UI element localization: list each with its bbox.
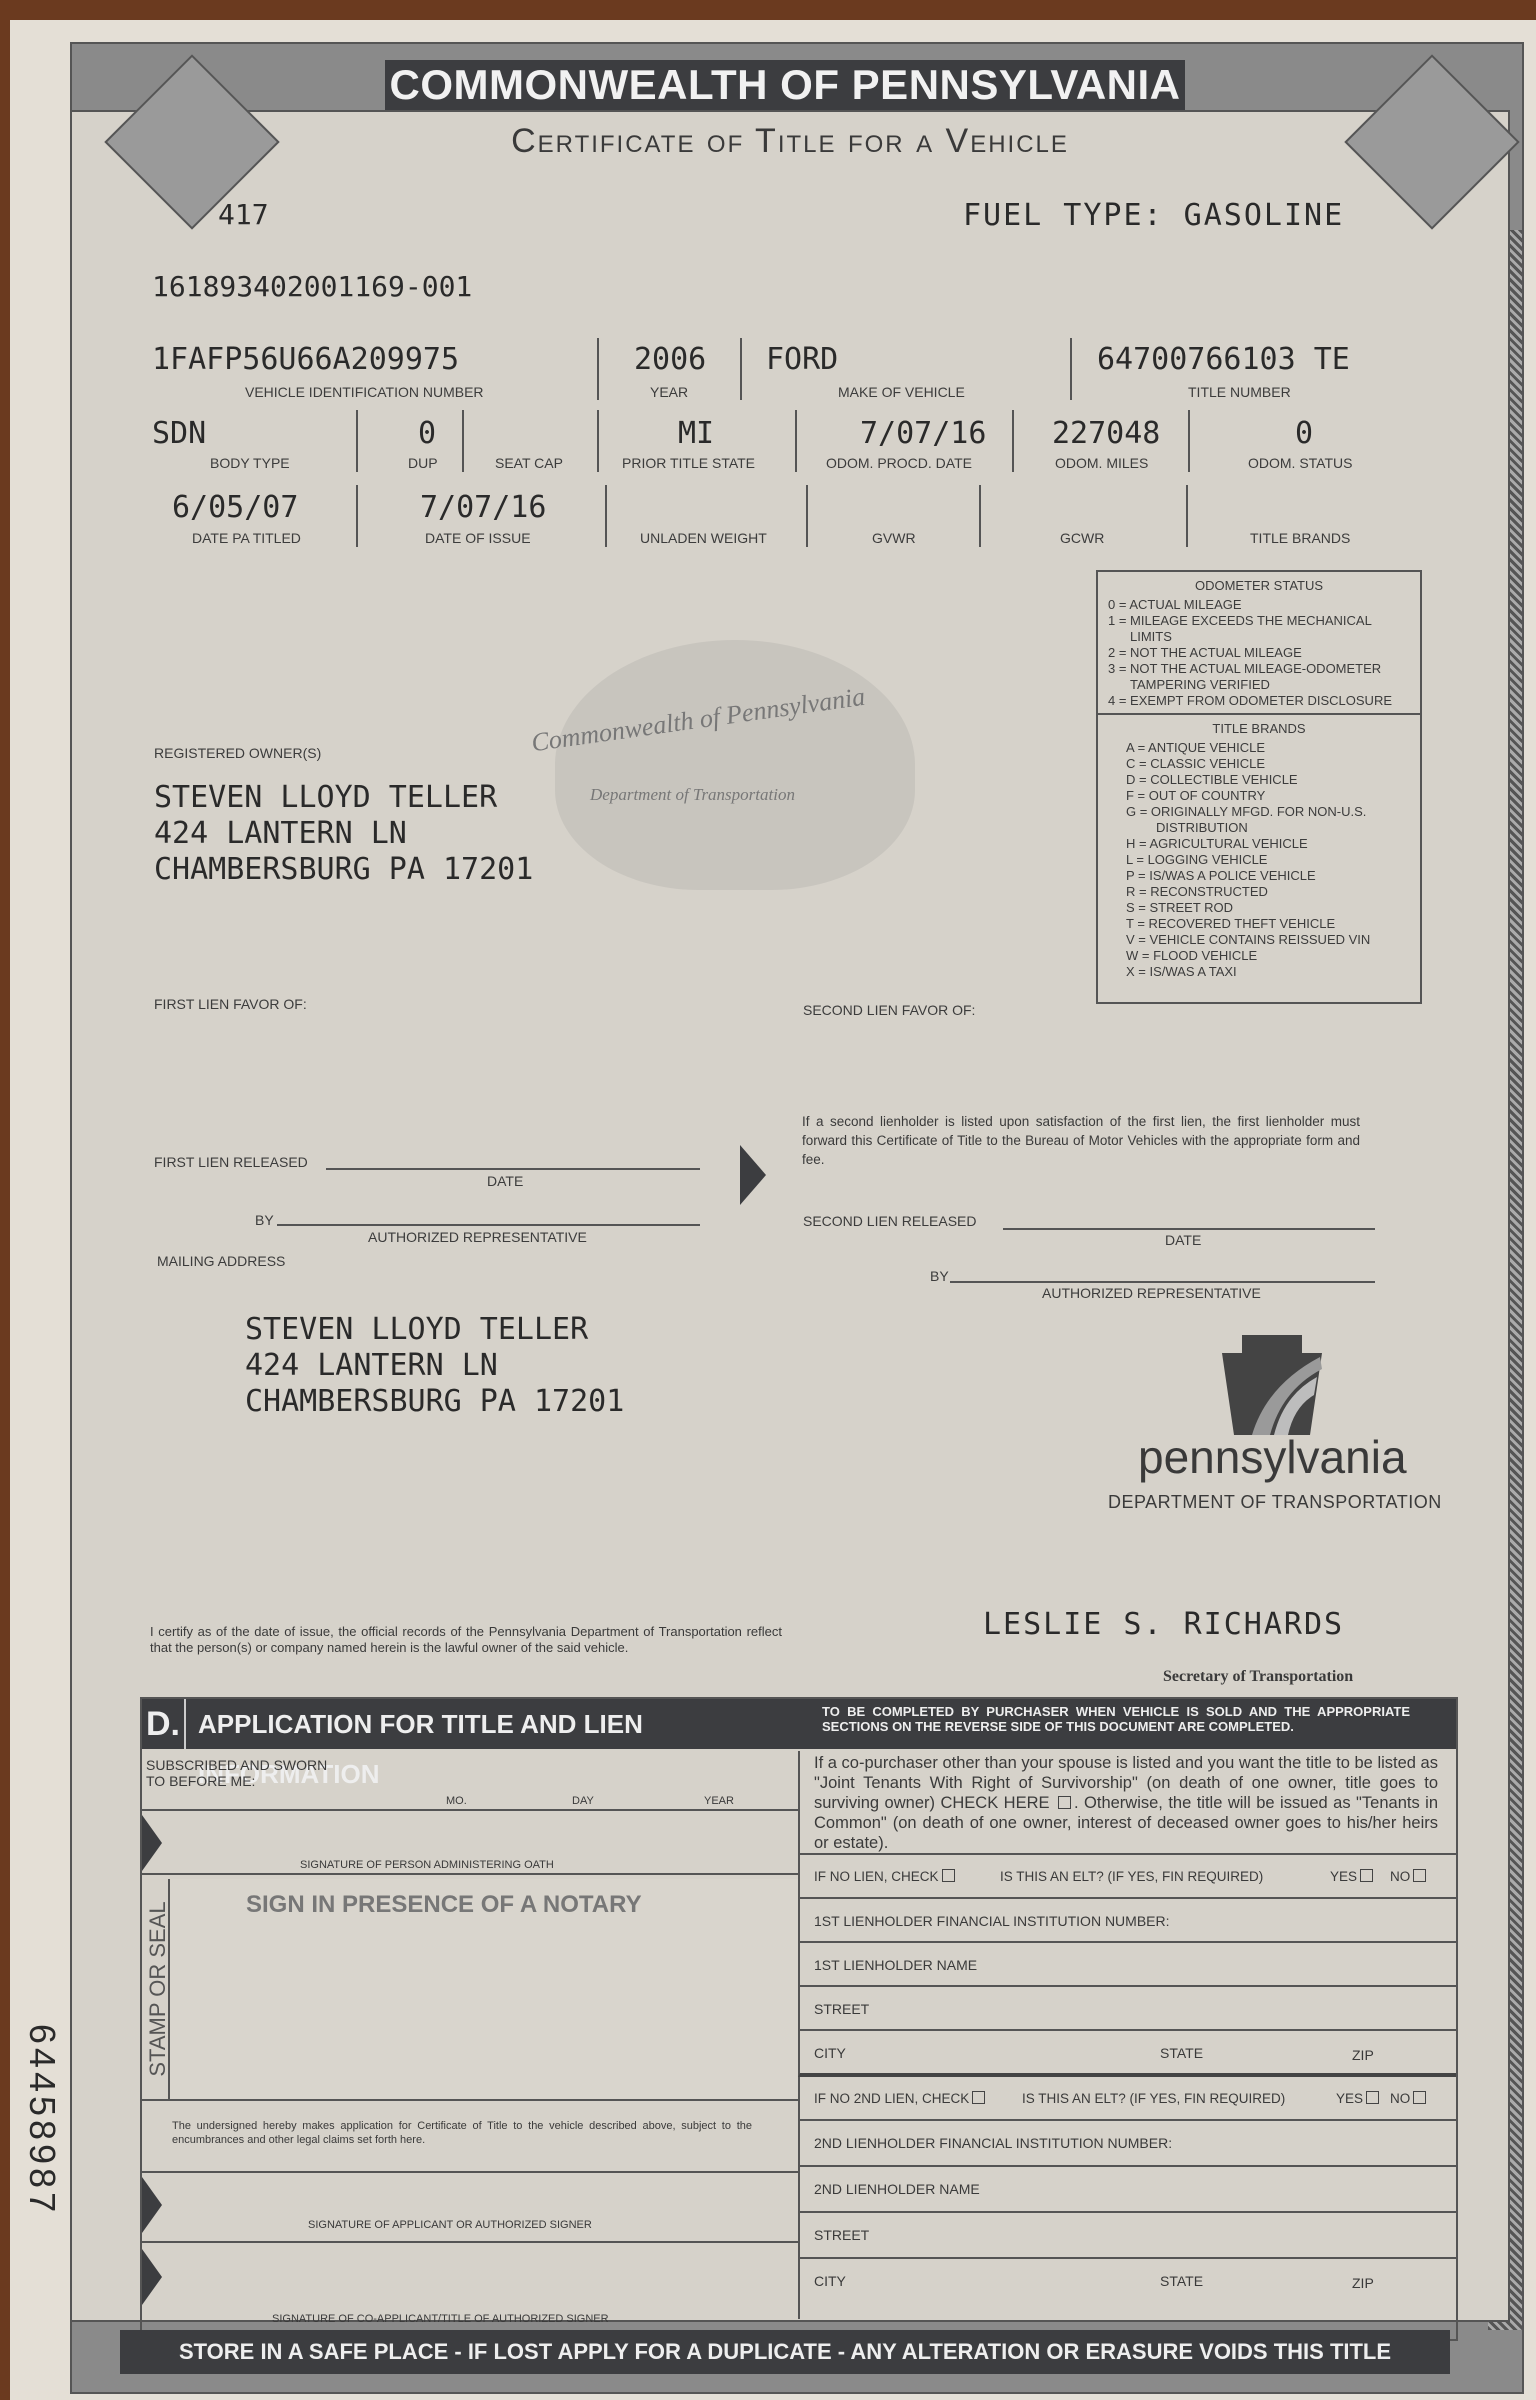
section-d-header: D. APPLICATION FOR TITLE AND LIEN INFORM… bbox=[142, 1699, 798, 1749]
legend-item: S = STREET ROD bbox=[1098, 900, 1420, 916]
sign-here-arrow-icon bbox=[142, 2177, 162, 2233]
form-code: 417 bbox=[218, 198, 269, 231]
owner-city: CHAMBERSBURG PA 17201 bbox=[154, 852, 533, 888]
make-label: MAKE OF VEHICLE bbox=[838, 384, 965, 400]
year-label: YEAR bbox=[650, 384, 688, 400]
odom-procd-date-label: ODOM. PROCD. DATE bbox=[826, 455, 972, 471]
vin-value: 1FAFP56U66A209975 bbox=[152, 342, 459, 377]
lien1-city-state-zip-field[interactable]: CITY STATE ZIP bbox=[798, 2031, 1456, 2077]
first-lien-auth-rep-label: AUTHORIZED REPRESENTATIVE bbox=[368, 1229, 587, 1245]
make-value: FORD bbox=[766, 342, 838, 377]
date-of-issue-label: DATE OF ISSUE bbox=[425, 530, 531, 546]
certification-text: I certify as of the date of issue, the o… bbox=[150, 1624, 782, 1656]
vin-label: VEHICLE IDENTIFICATION NUMBER bbox=[245, 384, 484, 400]
first-lien-by-label: BY bbox=[255, 1212, 274, 1228]
mailing-address-label: MAILING ADDRESS bbox=[157, 1253, 285, 1269]
no-lien-checkbox[interactable] bbox=[942, 1869, 955, 1882]
year-label: YEAR bbox=[704, 1795, 734, 1807]
mailing-name: STEVEN LLOYD TELLER bbox=[245, 1312, 624, 1348]
mailing-street: 424 LANTERN LN bbox=[245, 1348, 624, 1384]
elt-yes-checkbox[interactable] bbox=[1360, 1869, 1373, 1882]
state-label: STATE bbox=[1160, 2273, 1203, 2289]
lien1-elt-row: IF NO LIEN, CHECK IS THIS AN ELT? (IF YE… bbox=[798, 1855, 1456, 1899]
second-lien-date-label: DATE bbox=[1165, 1232, 1201, 1248]
legend-item: TAMPERING VERIFIED bbox=[1098, 677, 1420, 693]
first-lien-by-line[interactable] bbox=[277, 1224, 700, 1226]
sworn-label: SUBSCRIBED AND SWORN TO BEFORE ME: bbox=[146, 1757, 346, 1789]
odom-procd-date-value: 7/07/16 bbox=[860, 416, 986, 451]
section-d-application: D. APPLICATION FOR TITLE AND LIEN INFORM… bbox=[140, 1697, 1458, 2341]
title-number-value: 64700766103 TE bbox=[1097, 342, 1350, 377]
zip-label: ZIP bbox=[1352, 2275, 1374, 2291]
odom-miles-value: 227048 bbox=[1052, 416, 1160, 451]
no-label: NO bbox=[1390, 2091, 1410, 2106]
lien2-fin-field[interactable]: 2ND LIENHOLDER FINANCIAL INSTITUTION NUM… bbox=[798, 2121, 1456, 2167]
dup-value: 0 bbox=[418, 416, 436, 451]
legend-item: X = IS/WAS A TAXI bbox=[1098, 964, 1420, 980]
applicant-signature-field[interactable]: SIGNATURE OF APPLICANT OR AUTHORIZED SIG… bbox=[142, 2171, 798, 2243]
seat-cap-label: SEAT CAP bbox=[495, 455, 563, 471]
serial-number: 64458987 bbox=[12, 1990, 72, 2250]
oath-signature-label: SIGNATURE OF PERSON ADMINISTERING OATH bbox=[300, 1859, 554, 1871]
second-lien-auth-rep-label: AUTHORIZED REPRESENTATIVE bbox=[1042, 1285, 1261, 1301]
no-lien-label: IF NO LIEN, CHECK bbox=[814, 1869, 939, 1884]
date-pa-titled-label: DATE PA TITLED bbox=[192, 530, 301, 546]
elt-no-checkbox[interactable] bbox=[1413, 1869, 1426, 1882]
second-lien-favor-label: SECOND LIEN FAVOR OF: bbox=[803, 1002, 975, 1018]
legend-item: F = OUT OF COUNTRY bbox=[1098, 788, 1420, 804]
dup-label: DUP bbox=[408, 455, 438, 471]
joint-tenants-row: If a co-purchaser other than your spouse… bbox=[798, 1751, 1456, 1855]
legend-item: P = IS/WAS A POLICE VEHICLE bbox=[1098, 868, 1420, 884]
stamp-or-seal-label: STAMP OR SEAL bbox=[146, 1879, 170, 2099]
lien1-street-field[interactable]: STREET bbox=[798, 1987, 1456, 2031]
mailing-city: CHAMBERSBURG PA 17201 bbox=[245, 1384, 624, 1420]
city-label: CITY bbox=[814, 2273, 846, 2289]
legend-item: A = ANTIQUE VEHICLE bbox=[1098, 740, 1420, 756]
odom-status-value: 0 bbox=[1295, 416, 1313, 451]
prior-title-state-value: MI bbox=[678, 416, 714, 451]
city-label: CITY bbox=[814, 2045, 846, 2061]
purchaser-instruction: TO BE COMPLETED BY PURCHASER WHEN VEHICL… bbox=[798, 1699, 1456, 1749]
first-lien-favor-label: FIRST LIEN FAVOR OF: bbox=[154, 996, 307, 1012]
elt2-yes-checkbox[interactable] bbox=[1366, 2091, 1379, 2104]
section-letter: D. bbox=[142, 1699, 186, 1749]
registered-owner-label: REGISTERED OWNER(S) bbox=[154, 745, 321, 761]
legend-item: W = FLOOD VEHICLE bbox=[1098, 948, 1420, 964]
elt-question: IS THIS AN ELT? (IF YES, FIN REQUIRED) bbox=[1000, 1869, 1263, 1884]
footer-warning: STORE IN A SAFE PLACE - IF LOST APPLY FO… bbox=[120, 2330, 1450, 2374]
penndot-wordmark: pennsylvania bbox=[1138, 1430, 1407, 1484]
yes-label: YES bbox=[1330, 1869, 1357, 1884]
legend-item: LIMITS bbox=[1098, 629, 1420, 645]
penndot-dept: DEPARTMENT OF TRANSPORTATION bbox=[1108, 1492, 1442, 1513]
control-number: 161893402001169-001 bbox=[152, 270, 472, 303]
elt2-question: IS THIS AN ELT? (IF YES, FIN REQUIRED) bbox=[1022, 2091, 1285, 2106]
first-lien-date-label: DATE bbox=[487, 1173, 523, 1189]
title-brands-label: TITLE BRANDS bbox=[1250, 530, 1350, 546]
notary-stamp-area[interactable]: STAMP OR SEAL SIGN IN PRESENCE OF A NOTA… bbox=[168, 1879, 800, 2099]
applicant-signature-label: SIGNATURE OF APPLICANT OR AUTHORIZED SIG… bbox=[308, 2219, 592, 2231]
title-brands-title: TITLE BRANDS bbox=[1098, 721, 1420, 736]
month-label: MO. bbox=[446, 1795, 467, 1807]
sign-here-arrow-icon bbox=[142, 1815, 162, 1871]
unladen-weight-label: UNLADEN WEIGHT bbox=[640, 530, 767, 546]
date-of-issue-value: 7/07/16 bbox=[420, 490, 546, 525]
coapplicant-signature-label: SIGNATURE OF CO-APPLICANT/TITLE OF AUTHO… bbox=[272, 2313, 609, 2325]
elt2-no-checkbox[interactable] bbox=[1413, 2091, 1426, 2104]
lien2-city-state-zip-field[interactable]: CITY STATE ZIP bbox=[798, 2259, 1456, 2319]
legend-item: V = VEHICLE CONTAINS REISSUED VIN bbox=[1098, 932, 1420, 948]
oath-signature-field[interactable]: SIGNATURE OF PERSON ADMINISTERING OATH bbox=[142, 1811, 798, 1875]
gvwr-label: GVWR bbox=[872, 530, 916, 546]
first-lien-released-date-line[interactable] bbox=[326, 1168, 700, 1170]
sworn-row: SUBSCRIBED AND SWORN TO BEFORE ME: MO. D… bbox=[142, 1751, 798, 1811]
odom-status-label: ODOM. STATUS bbox=[1248, 455, 1352, 471]
state-title: COMMONWEALTH OF PENNSYLVANIA bbox=[385, 60, 1185, 110]
legend-item: C = CLASSIC VEHICLE bbox=[1098, 756, 1420, 772]
no-lien2-checkbox[interactable] bbox=[972, 2091, 985, 2104]
secretary-title: Secretary of Transportation bbox=[1163, 1668, 1353, 1686]
odometer-status-title: ODOMETER STATUS bbox=[1098, 578, 1420, 593]
lien2-street-field[interactable]: STREET bbox=[798, 2213, 1456, 2259]
arrow-right-icon bbox=[740, 1145, 766, 1205]
state-seal-icon bbox=[555, 640, 915, 890]
first-lien-released-label: FIRST LIEN RELEASED bbox=[154, 1154, 308, 1170]
body-type-value: SDN bbox=[152, 416, 206, 451]
day-label: DAY bbox=[572, 1795, 594, 1807]
lien1-fin-field[interactable]: 1ST LIENHOLDER FINANCIAL INSTITUTION NUM… bbox=[798, 1899, 1456, 1943]
legend-item: T = RECOVERED THEFT VEHICLE bbox=[1098, 916, 1420, 932]
penndot-keystone-logo-icon bbox=[1222, 1335, 1322, 1435]
title-number-label: TITLE NUMBER bbox=[1188, 384, 1291, 400]
state-label: STATE bbox=[1160, 2045, 1203, 2061]
joint-tenants-checkbox[interactable] bbox=[1058, 1796, 1071, 1809]
legend-item: 3 = NOT THE ACTUAL MILEAGE-ODOMETER bbox=[1098, 661, 1420, 677]
secretary-name: LESLIE S. RICHARDS bbox=[983, 1607, 1344, 1642]
lien2-name-field[interactable]: 2ND LIENHOLDER NAME bbox=[798, 2167, 1456, 2213]
date-pa-titled-value: 6/05/07 bbox=[172, 490, 298, 525]
seal-dept-text: Department of Transportation bbox=[590, 785, 795, 805]
legend-item: H = AGRICULTURAL VEHICLE bbox=[1098, 836, 1420, 852]
legend-item: 0 = ACTUAL MILEAGE bbox=[1098, 597, 1420, 613]
second-lien-released-date-line[interactable] bbox=[1003, 1228, 1375, 1230]
prior-title-state-label: PRIOR TITLE STATE bbox=[622, 455, 755, 471]
zip-label: ZIP bbox=[1352, 2047, 1374, 2063]
coapplicant-signature-field[interactable]: SIGNATURE OF CO-APPLICANT/TITLE OF AUTHO… bbox=[142, 2243, 798, 2335]
second-lien-released-label: SECOND LIEN RELEASED bbox=[803, 1213, 977, 1229]
application-statement: The undersigned hereby makes application… bbox=[142, 2099, 798, 2173]
second-lien-by-label: BY bbox=[930, 1268, 949, 1284]
lien2-elt-row: IF NO 2ND LIEN, CHECK IS THIS AN ELT? (I… bbox=[798, 2077, 1456, 2121]
legend-item: R = RECONSTRUCTED bbox=[1098, 884, 1420, 900]
status-legend-box: ODOMETER STATUS 0 = ACTUAL MILEAGE 1 = M… bbox=[1096, 570, 1422, 1004]
legend-item: 2 = NOT THE ACTUAL MILEAGE bbox=[1098, 645, 1420, 661]
sign-here-arrow-icon bbox=[142, 2249, 162, 2305]
legend-item: 4 = EXEMPT FROM ODOMETER DISCLOSURE bbox=[1098, 693, 1420, 709]
gcwr-label: GCWR bbox=[1060, 530, 1104, 546]
legend-item: G = ORIGINALLY MFGD. FOR NON-U.S. bbox=[1098, 804, 1420, 820]
fuel-type: FUEL TYPE: GASOLINE bbox=[963, 198, 1344, 233]
notary-instruction: SIGN IN PRESENCE OF A NOTARY bbox=[246, 1891, 642, 1919]
legend-item: 1 = MILEAGE EXCEEDS THE MECHANICAL bbox=[1098, 613, 1420, 629]
owner-street: 424 LANTERN LN bbox=[154, 816, 533, 852]
document-title: Certificate of Title for a Vehicle bbox=[360, 122, 1220, 161]
second-lien-note: If a second lienholder is listed upon sa… bbox=[802, 1112, 1360, 1169]
second-lien-by-line[interactable] bbox=[950, 1281, 1375, 1283]
yes-label: YES bbox=[1336, 2091, 1363, 2106]
owner-name: STEVEN LLOYD TELLER bbox=[154, 780, 533, 816]
year-value: 2006 bbox=[634, 342, 706, 377]
lien1-name-field[interactable]: 1ST LIENHOLDER NAME bbox=[798, 1943, 1456, 1987]
legend-item: D = COLLECTIBLE VEHICLE bbox=[1098, 772, 1420, 788]
mailing-address: STEVEN LLOYD TELLER 424 LANTERN LN CHAMB… bbox=[245, 1312, 624, 1420]
no-label: NO bbox=[1390, 1869, 1410, 1884]
legend-item: L = LOGGING VEHICLE bbox=[1098, 852, 1420, 868]
legend-item: DISTRIBUTION bbox=[1098, 820, 1420, 836]
body-type-label: BODY TYPE bbox=[210, 455, 290, 471]
registered-owner: STEVEN LLOYD TELLER 424 LANTERN LN CHAMB… bbox=[154, 780, 533, 888]
odom-miles-label: ODOM. MILES bbox=[1055, 455, 1148, 471]
no-lien2-label: IF NO 2ND LIEN, CHECK bbox=[814, 2091, 969, 2106]
